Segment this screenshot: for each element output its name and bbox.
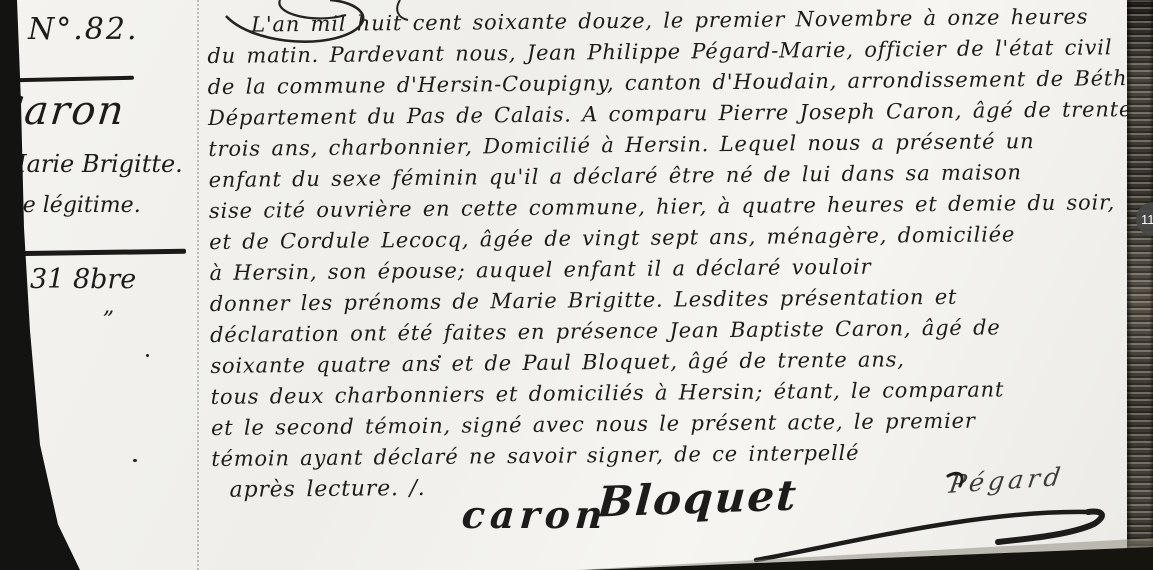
margin-date-note: 31 8bre	[30, 264, 136, 295]
act-number: N°.82.	[28, 12, 139, 47]
margin-ditto-mark: „	[103, 294, 114, 319]
scanned-register-page: L'an mil huit cent soixante douze, le pr…	[0, 0, 1153, 570]
margin-rule-top	[12, 76, 134, 83]
ink-speck	[438, 355, 441, 358]
margin-rule-bottom	[6, 249, 186, 257]
signature-declarant: caron	[460, 492, 609, 537]
page-number-label: 11	[1141, 212, 1153, 227]
page-edge-band	[1127, 0, 1153, 570]
previous-act-flourish	[222, 0, 437, 59]
margin-given-names: Marie Brigitte.	[2, 150, 183, 178]
ink-speck	[146, 354, 149, 357]
act-body-text: L'an mil huit cent soixante douze, le pr…	[207, 1, 1137, 506]
ink-speck	[133, 459, 137, 462]
margin-column-separator	[197, 0, 199, 570]
